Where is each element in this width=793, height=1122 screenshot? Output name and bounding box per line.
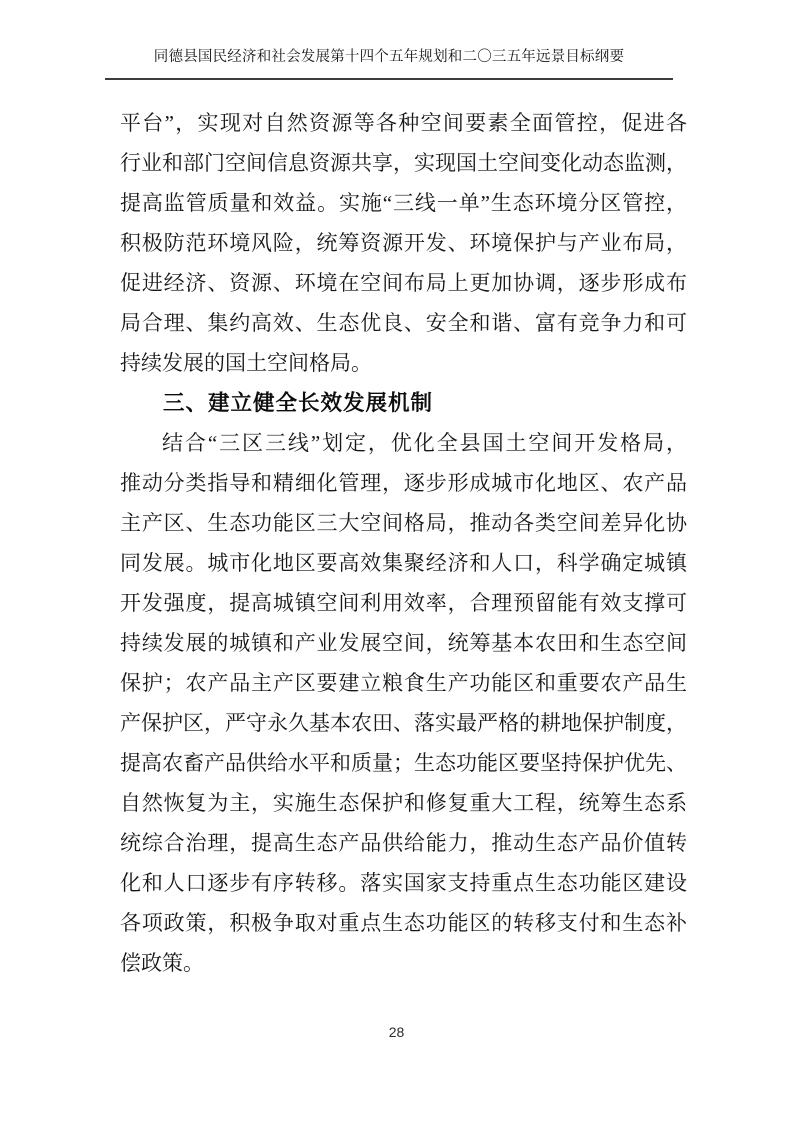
text-line: 各项政策，积极争取对重点生态功能区的转移支付和生态补 [120,903,687,943]
text-line: 化和人口逐步有序转移。落实国家支持重点生态功能区建设 [120,863,687,903]
text-line: 统综合治理，提高生态产品供给能力，推动生态产品价值转 [120,823,687,863]
text-line: 同发展。城市化地区要高效集聚经济和人口，科学确定城镇 [120,543,687,583]
text-line: 平台”，实现对自然资源等各种空间要素全面管控，促进各 [120,103,687,143]
section-heading: 三、建立健全长效发展机制 [120,383,687,423]
document-page: 同德县国民经济和社会发展第十四个五年规划和二〇三五年远景目标纲要 平台”，实现对… [0,0,793,1122]
text-line: 提高监管质量和效益。实施“三线一单”生态环境分区管控， [120,183,687,223]
text-line: 提高农畜产品供给水平和质量；生态功能区要坚持保护优先、 [120,743,687,783]
page-number: 28 [0,1024,793,1040]
text-line: 持续发展的城镇和产业发展空间，统筹基本农田和生态空间 [120,623,687,663]
text-line: 主产区、生态功能区三大空间格局，推动各类空间差异化协 [120,503,687,543]
text-line: 推动分类指导和精细化管理，逐步形成城市化地区、农产品 [120,463,687,503]
text-line: 行业和部门空间信息资源共享，实现国土空间变化动态监测， [120,143,687,183]
header-title: 同德县国民经济和社会发展第十四个五年规划和二〇三五年远景目标纲要 [105,47,673,67]
text-line: 偿政策。 [120,943,687,983]
header-rule [105,78,673,80]
text-line: 持续发展的国土空间格局。 [120,343,687,383]
text-line: 保护；农产品主产区要建立粮食生产功能区和重要农产品生 [120,663,687,703]
text-line: 结合“三区三线”划定，优化全县国土空间开发格局， [120,423,687,463]
document-body: 平台”，实现对自然资源等各种空间要素全面管控，促进各行业和部门空间信息资源共享，… [120,103,687,983]
text-line: 产保护区，严守永久基本农田、落实最严格的耕地保护制度， [120,703,687,743]
text-line: 开发强度，提高城镇空间利用效率，合理预留能有效支撑可 [120,583,687,623]
text-line: 自然恢复为主，实施生态保护和修复重大工程，统筹生态系 [120,783,687,823]
text-line: 局合理、集约高效、生态优良、安全和谐、富有竞争力和可 [120,303,687,343]
text-line: 促进经济、资源、环境在空间布局上更加协调，逐步形成布 [120,263,687,303]
text-line: 积极防范环境风险，统筹资源开发、环境保护与产业布局， [120,223,687,263]
